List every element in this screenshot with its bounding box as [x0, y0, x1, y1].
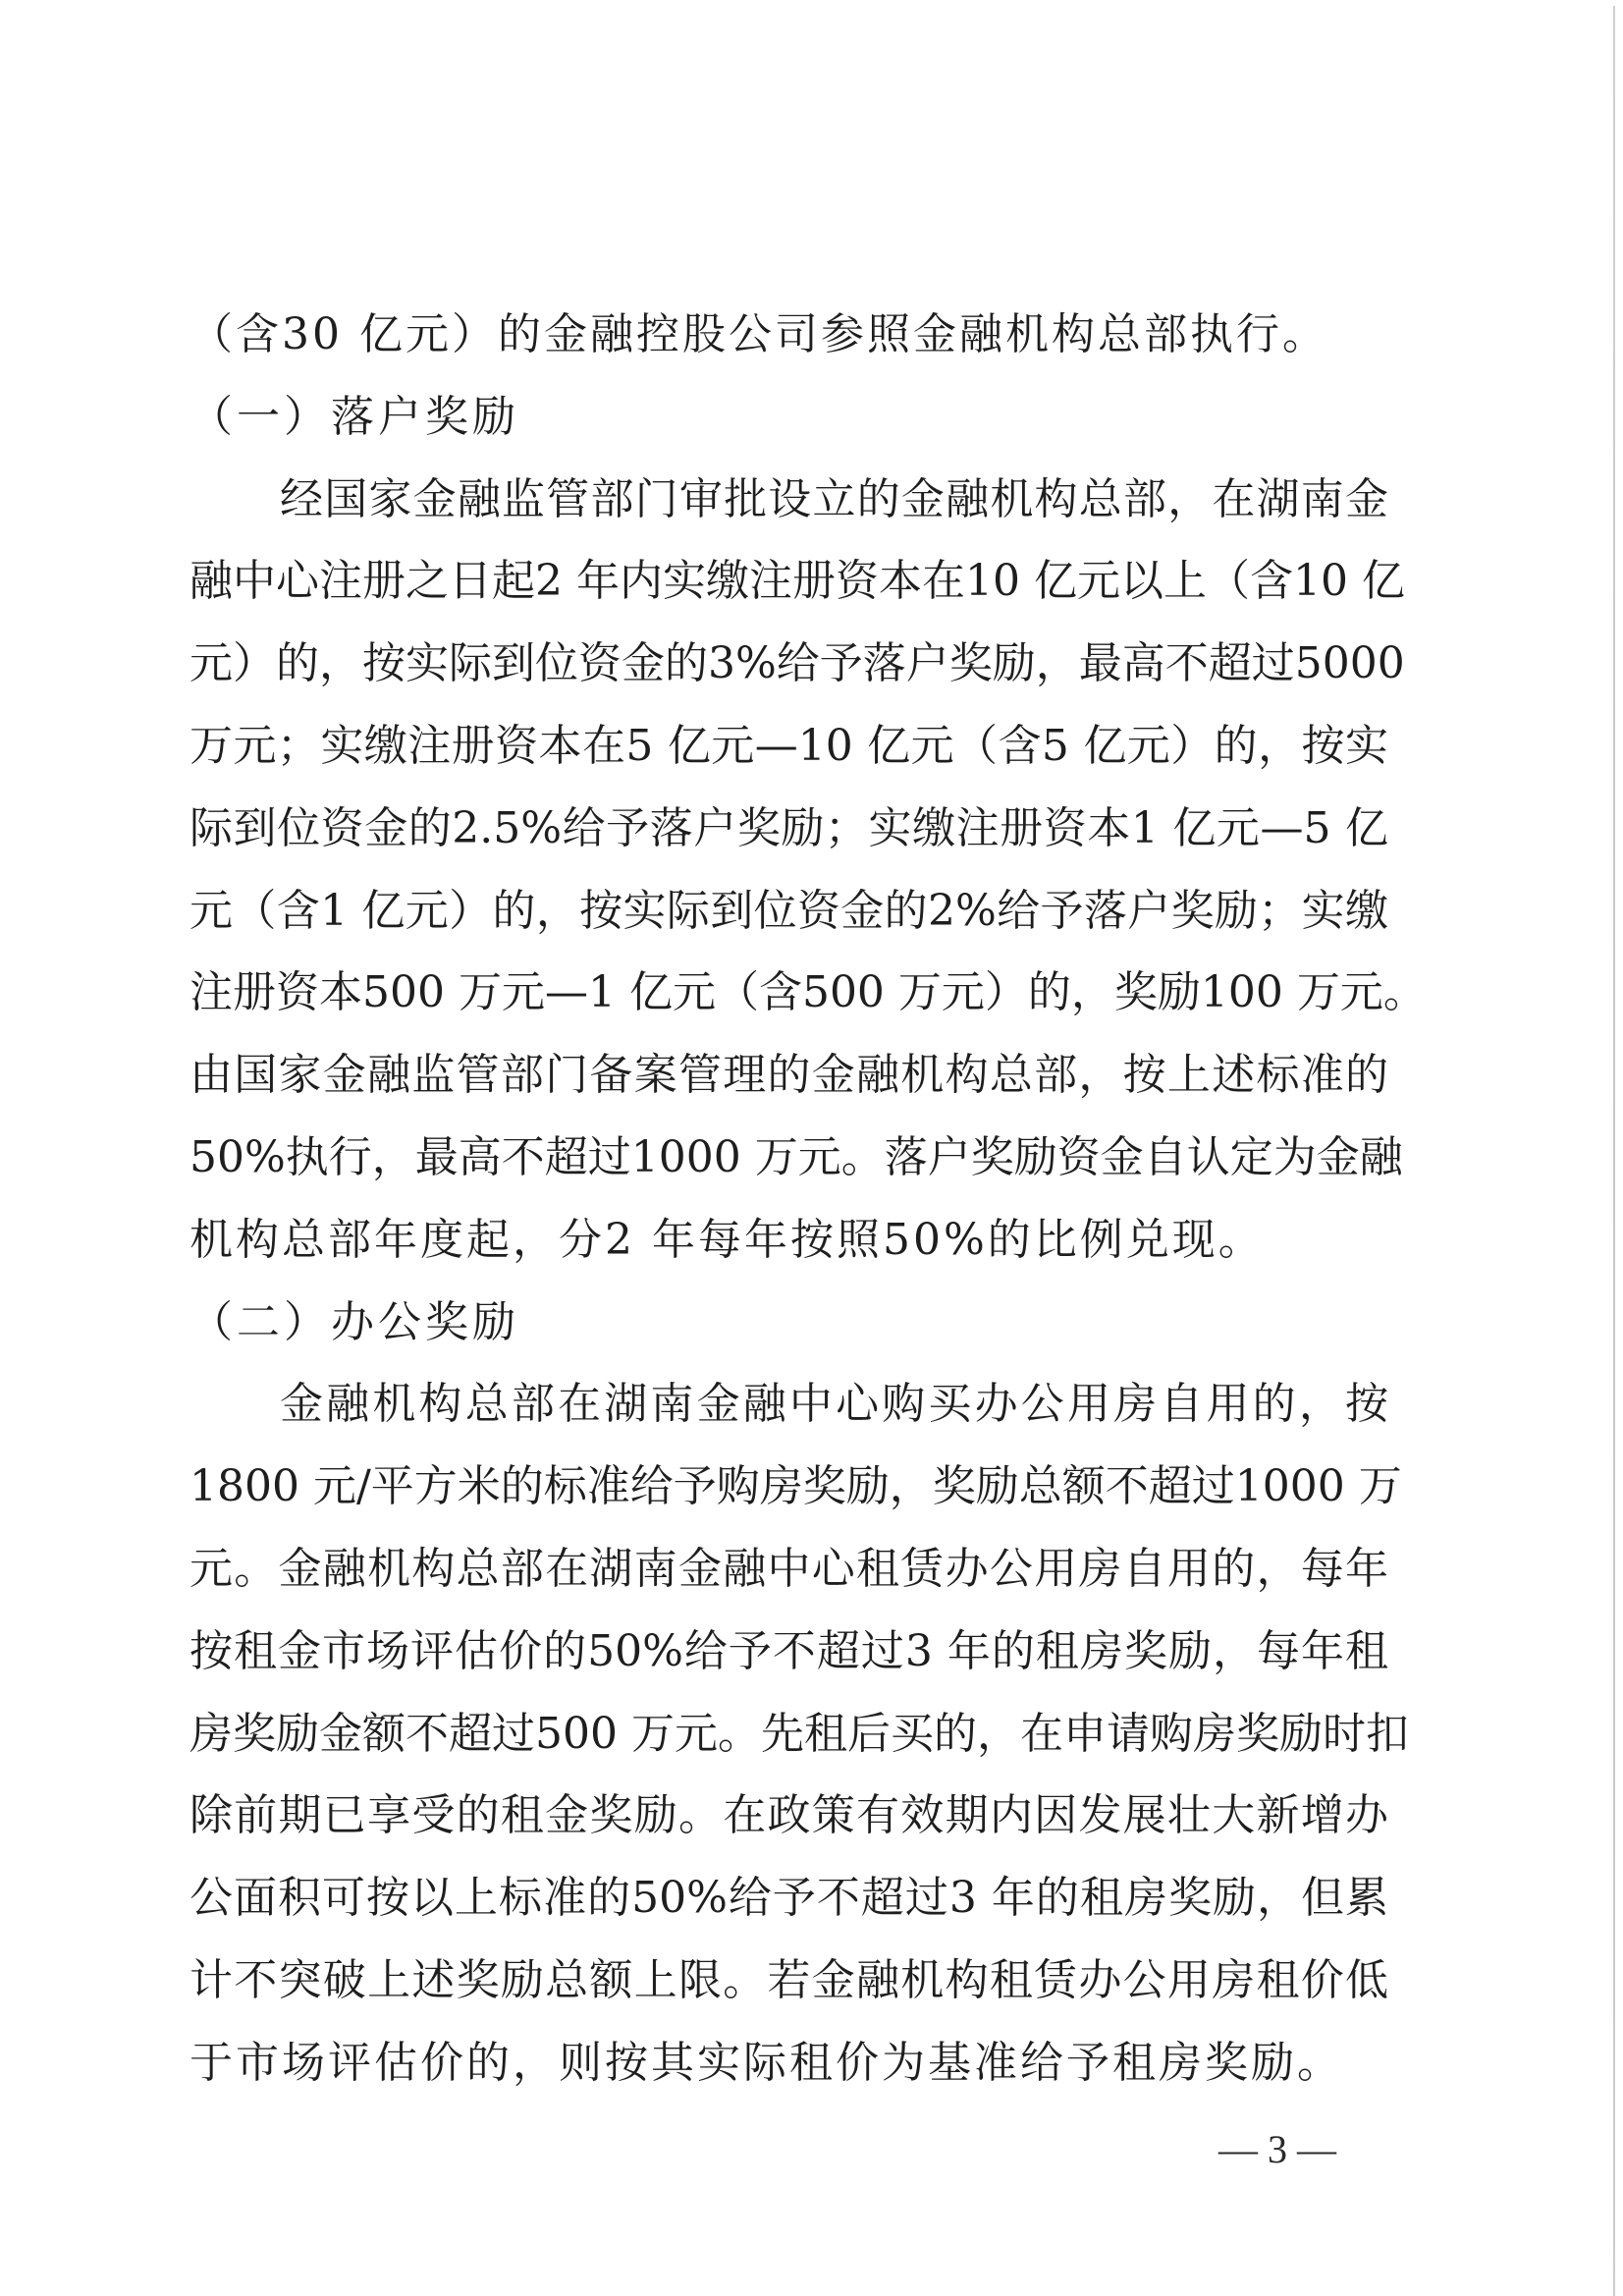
section-heading-office-reward: （二）办公奖励	[189, 1282, 1298, 1364]
paragraph-line: 融中心注册之日起2 年内实缴注册资本在10 亿元以上（含10 亿	[189, 540, 1388, 623]
document-page: （含30 亿元）的金融控股公司参照金融机构总部执行。 （一）落户奖励 经国家金融…	[0, 0, 1623, 2296]
paragraph-continuation-line: （含30 亿元）的金融控股公司参照金融机构总部执行。	[189, 294, 1388, 376]
paragraph-line: 按租金市场评估价的50%给予不超过3 年的租房奖励，每年租	[189, 1611, 1388, 1693]
paragraph-line: 公面积可按以上标准的50%给予不超过3 年的租房奖励，但累	[189, 1857, 1388, 1940]
paragraph-line: 元（含1 亿元）的，按实际到位资金的2%给予落户奖励；实缴	[189, 870, 1388, 953]
paragraph-line: 除前期已享受的租金奖励。在政策有效期内因发展壮大新增办	[189, 1775, 1388, 1857]
section-heading-settlement-reward: （一）落户奖励	[189, 376, 1298, 459]
paragraph-line: 注册资本500 万元—1 亿元（含500 万元）的，奖励100 万元。	[189, 952, 1388, 1034]
scan-edge-line	[1613, 6, 1615, 2296]
page-number: — 3 —	[1206, 2125, 1349, 2174]
document-body: （含30 亿元）的金融控股公司参照金融机构总部执行。 （一）落户奖励 经国家金融…	[189, 294, 1388, 2105]
paragraph-line: 由国家金融监管部门备案管理的金融机构总部，按上述标准的	[189, 1034, 1388, 1117]
paragraph-line: 房奖励金额不超过500 万元。先租后买的，在申请购房奖励时扣	[189, 1693, 1388, 1776]
paragraph-line: 元。金融机构总部在湖南金融中心租赁办公用房自用的，每年	[189, 1528, 1388, 1611]
paragraph-last-line: 于市场评估价的，则按其实际租价为基准给予租房奖励。	[189, 2022, 1388, 2105]
paragraph-line: 元）的，按实际到位资金的3%给予落户奖励，最高不超过5000	[189, 623, 1388, 705]
paragraph-line: 万元；实缴注册资本在5 亿元—10 亿元（含5 亿元）的，按实	[189, 705, 1388, 788]
paragraph-line: 1800 元/平方米的标准给予购房奖励，奖励总额不超过1000 万	[189, 1446, 1388, 1528]
paragraph-last-line: 机构总部年度起，分2 年每年按照50%的比例兑现。	[189, 1199, 1388, 1282]
paragraph-line: 际到位资金的2.5%给予落户奖励；实缴注册资本1 亿元—5 亿	[189, 788, 1388, 870]
paragraph-line: 金融机构总部在湖南金融中心购买办公用房自用的，按	[189, 1363, 1388, 1446]
paragraph-line: 50%执行，最高不超过1000 万元。落户奖励资金自认定为金融	[189, 1117, 1388, 1199]
paragraph-line: 经国家金融监管部门审批设立的金融机构总部，在湖南金	[189, 459, 1388, 541]
paragraph-line: 计不突破上述奖励总额上限。若金融机构租赁办公用房租价低	[189, 1940, 1388, 2022]
